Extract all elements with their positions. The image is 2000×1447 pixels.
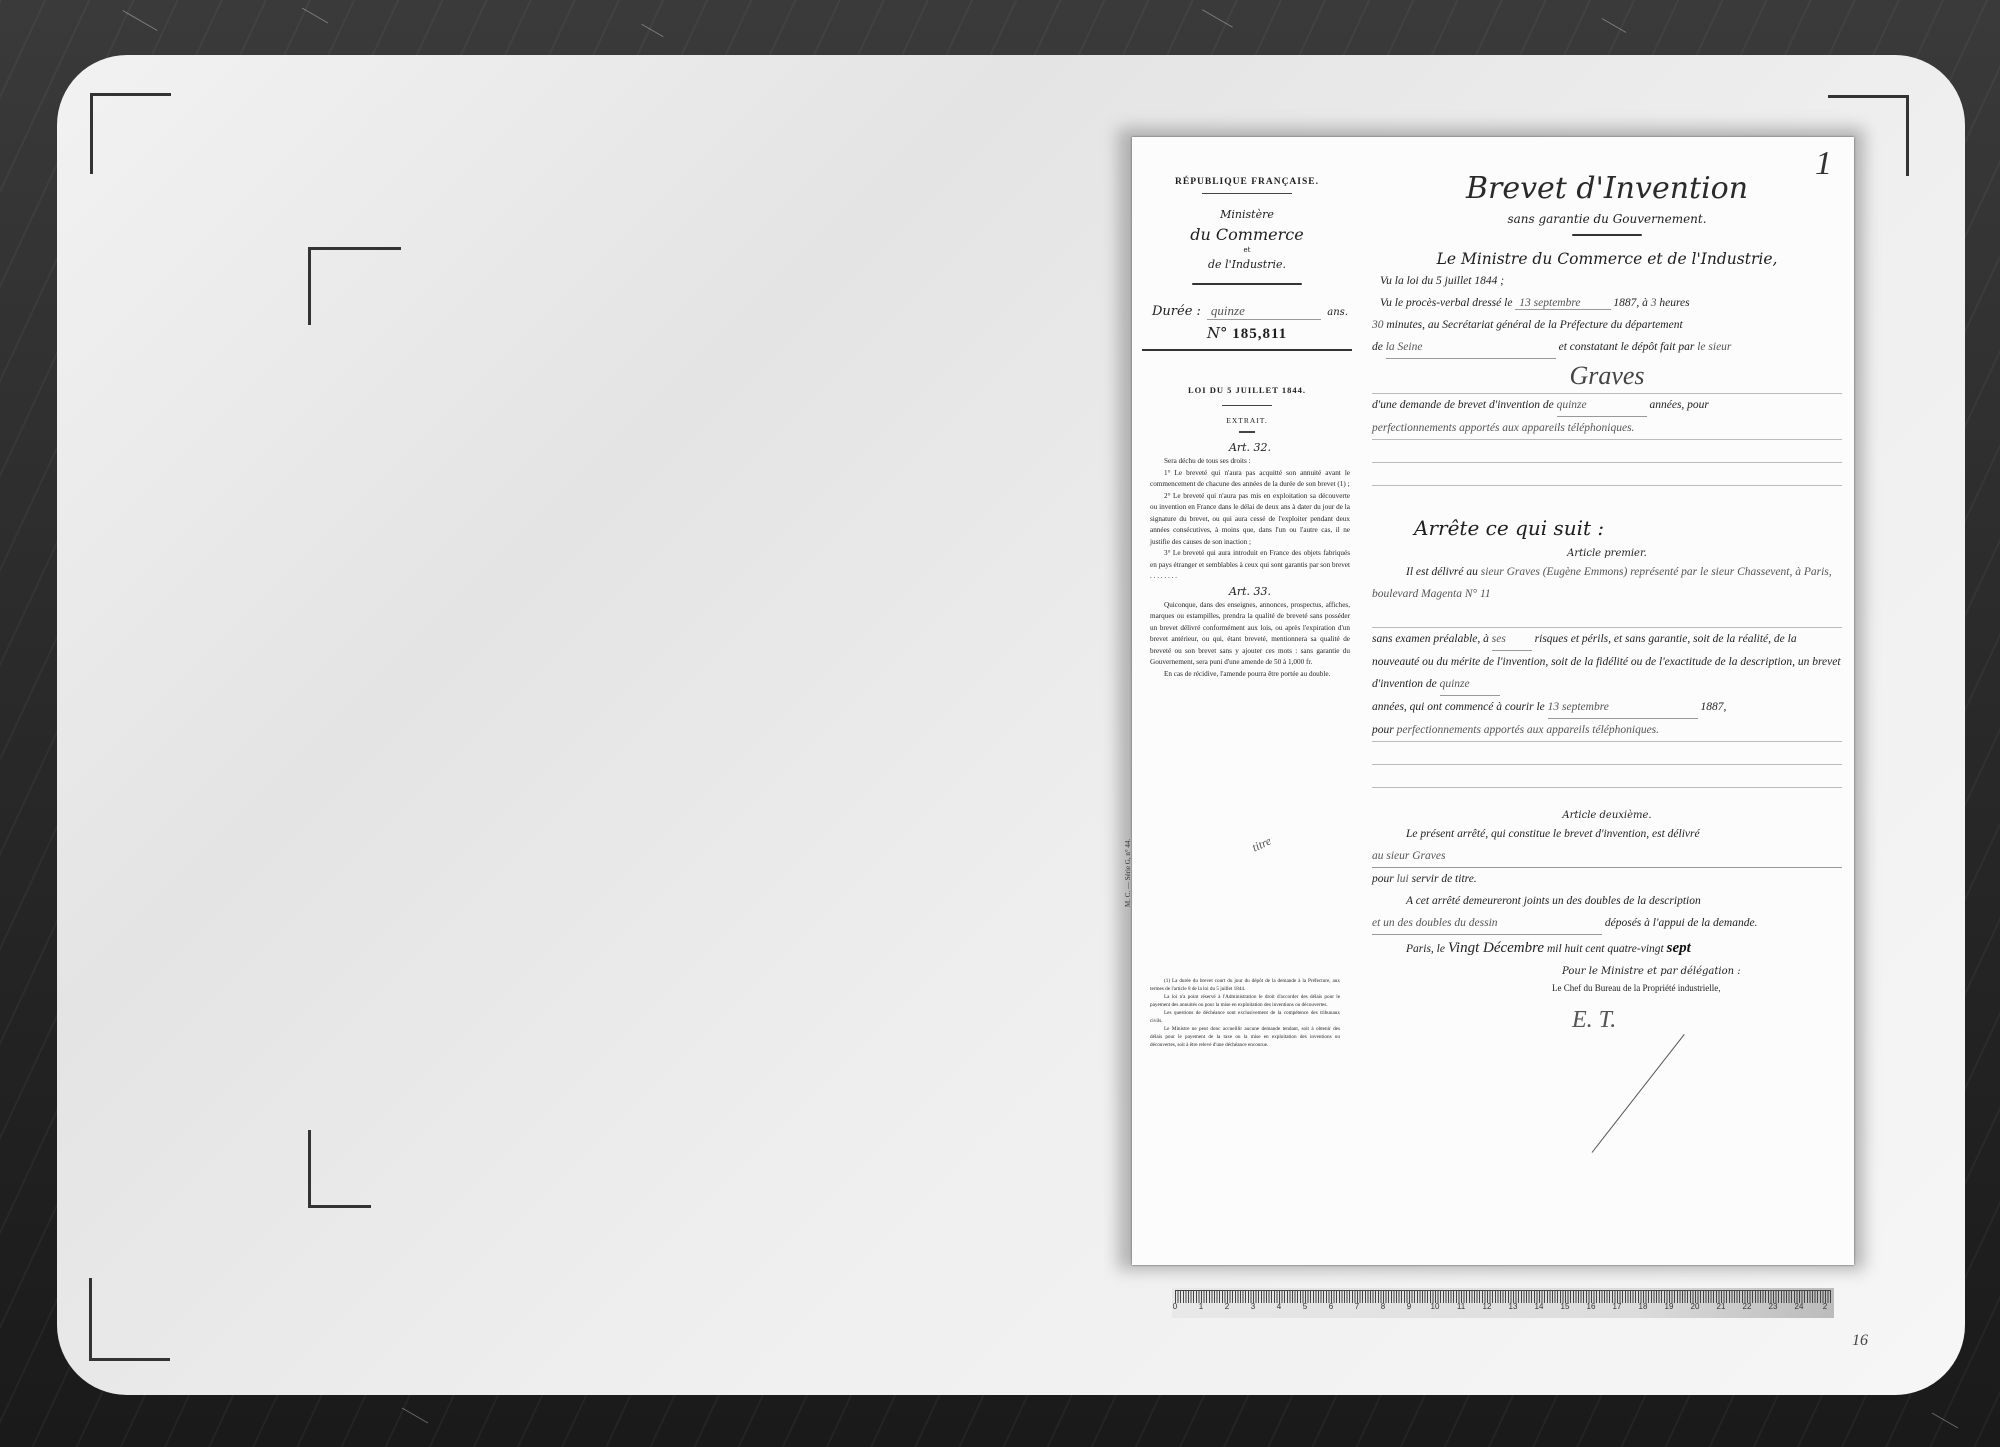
article1-start-date: 13 septembre xyxy=(1548,696,1698,719)
crop-mark-bottom-left-inner xyxy=(308,1130,371,1208)
footnote: (1) La durée du brevet court du jour du … xyxy=(1150,977,1340,993)
ministry-line-3: de l'Industrie. xyxy=(1132,258,1362,271)
signature-flourish xyxy=(1592,1034,1685,1153)
margin-annotation: titre xyxy=(1250,834,1274,856)
department-value: la Seine xyxy=(1386,336,1556,359)
measurement-ruler: 0 1 2 3 4 5 6 7 8 9 10 11 12 13 14 15 16… xyxy=(1172,1288,1834,1318)
article1-body: sans examen préalable, à ses risques et … xyxy=(1372,628,1842,696)
depot-by: le sieur xyxy=(1697,341,1731,353)
article1-start: années, qui ont commencé à courir le 13 … xyxy=(1372,696,1842,719)
document-title: Brevet d'Invention xyxy=(1372,171,1842,206)
article2-p3: A cet arrêté demeureront joints un des d… xyxy=(1372,890,1842,912)
crop-mark-top-left-outer xyxy=(90,93,171,174)
article1-title: Article premier. xyxy=(1372,548,1842,559)
crop-mark-bottom-left-outer xyxy=(89,1278,170,1361)
extract-label: EXTRAIT. xyxy=(1132,416,1362,425)
art33-paragraph: En cas de récidive, l'amende pourra être… xyxy=(1150,669,1350,681)
pv-minutes: 30 xyxy=(1372,319,1384,331)
duration-row: Durée : quinze ans. xyxy=(1152,303,1348,320)
series-code: M. C. — Série G, n° 44. xyxy=(1124,839,1132,907)
pv-hour: 3 xyxy=(1651,297,1657,309)
art32-paragraph: 1° Le breveté qui n'aura pas acquitté so… xyxy=(1150,468,1350,491)
footnote: Le Ministre ne peut donc accueillir aucu… xyxy=(1150,1025,1340,1049)
delegation-line: Pour le Ministre et par délégation : xyxy=(1562,966,1842,977)
article2-p1: Le présent arrêté, qui constitue le brev… xyxy=(1372,823,1842,845)
plate-number: 16 xyxy=(1852,1332,1868,1350)
crop-mark-top-left-inner xyxy=(308,247,401,325)
duration-value: quinze xyxy=(1207,303,1321,320)
right-column: 1 Brevet d'Invention sans garantie du Go… xyxy=(1372,137,1842,1265)
footnote: Les questions de déchéance sont exclusiv… xyxy=(1150,1009,1340,1025)
chef-title: Le Chef du Bureau de la Propriété indust… xyxy=(1552,983,1842,993)
demande-years: quinze xyxy=(1557,394,1647,417)
footnote: La loi n'a point réservé à l'Administrat… xyxy=(1150,993,1340,1009)
left-column: RÉPUBLIQUE FRANÇAISE. Ministère du Comme… xyxy=(1132,137,1362,1265)
arrete-heading: Arrête ce qui suit : xyxy=(1414,516,1842,540)
pv-date: 13 septembre xyxy=(1515,297,1610,310)
number-label: N° xyxy=(1207,324,1228,342)
applicant-name: Graves xyxy=(1372,359,1842,394)
art32-paragraph: 2° Le breveté qui n'aura pas mis en expl… xyxy=(1150,491,1350,549)
invention-title: perfectionnements apportés aux appareils… xyxy=(1372,417,1842,440)
art32-paragraph: Sera déchu de tous ses droits : xyxy=(1150,456,1350,468)
ministry-et: et xyxy=(1132,246,1362,254)
article2-p2: pour lui servir de titre. xyxy=(1372,868,1842,890)
document-subtitle: sans garantie du Gouvernement. xyxy=(1372,212,1842,226)
divider-ornament xyxy=(1192,283,1302,285)
art33-title: Art. 33. xyxy=(1150,585,1350,598)
article1-years: quinze xyxy=(1440,673,1500,696)
art32-paragraph: 3° Le breveté qui aura introduit en Fran… xyxy=(1150,548,1350,583)
vu-proces-verbal: Vu le procès-verbal dressé le 13 septemb… xyxy=(1380,292,1842,314)
title-ornament xyxy=(1572,234,1642,236)
official-signature: E. T. xyxy=(1572,1007,1842,1034)
vu-loi: Vu la loi du 5 juillet 1844 ; xyxy=(1380,270,1842,292)
article1-invention: perfectionnements apportés aux appareils… xyxy=(1397,724,1659,736)
article1-grant: Il est délivré au sieur Graves (Eugène E… xyxy=(1372,561,1842,605)
page-number: 1 xyxy=(1815,145,1832,183)
duration-unit: ans. xyxy=(1327,307,1348,318)
art33-paragraph: Quiconque, dans des enseignes, annonces,… xyxy=(1150,600,1350,669)
patent-number-row: N° 185,811 xyxy=(1132,324,1362,343)
patent-number: 185,811 xyxy=(1232,326,1287,342)
republic-header: RÉPUBLIQUE FRANÇAISE. xyxy=(1132,177,1362,187)
law-extract: Art. 32. Sera déchu de tous ses droits :… xyxy=(1150,441,1350,680)
ministry-line-2: du Commerce xyxy=(1132,225,1362,244)
demande-line: d'une demande de brevet d'invention de q… xyxy=(1372,394,1842,417)
vu-minutes: 30 minutes, au Secrétariat général de la… xyxy=(1372,314,1842,336)
art32-title: Art. 32. xyxy=(1150,441,1350,454)
signed-line: Paris, le Vingt Décembre mil huit cent q… xyxy=(1372,937,1842,960)
patent-document: RÉPUBLIQUE FRANÇAISE. Ministère du Comme… xyxy=(1132,137,1854,1265)
law-title: LOI DU 5 JUILLET 1844. xyxy=(1132,385,1362,395)
footnotes: (1) La durée du brevet court du jour du … xyxy=(1150,977,1340,1049)
duration-label: Durée : xyxy=(1152,304,1201,319)
article2-p3-cont: et un des doubles du dessin déposés à l'… xyxy=(1372,912,1842,935)
minister-heading: Le Ministre du Commerce et de l'Industri… xyxy=(1372,250,1842,268)
signed-year-hand: sept xyxy=(1667,940,1691,956)
ruler-labels: 0 1 2 3 4 5 6 7 8 9 10 11 12 13 14 15 16… xyxy=(1172,1302,1834,1316)
article2-holder: au sieur Graves xyxy=(1372,845,1842,868)
signed-date: Vingt Décembre xyxy=(1448,940,1544,956)
article1-purpose: pour perfectionnements apportés aux appa… xyxy=(1372,719,1842,742)
department-line: de la Seine et constatant le dépôt fait … xyxy=(1372,336,1842,359)
ministry-line-1: Ministère xyxy=(1132,208,1362,221)
article2-title: Article deuxième. xyxy=(1372,810,1842,821)
